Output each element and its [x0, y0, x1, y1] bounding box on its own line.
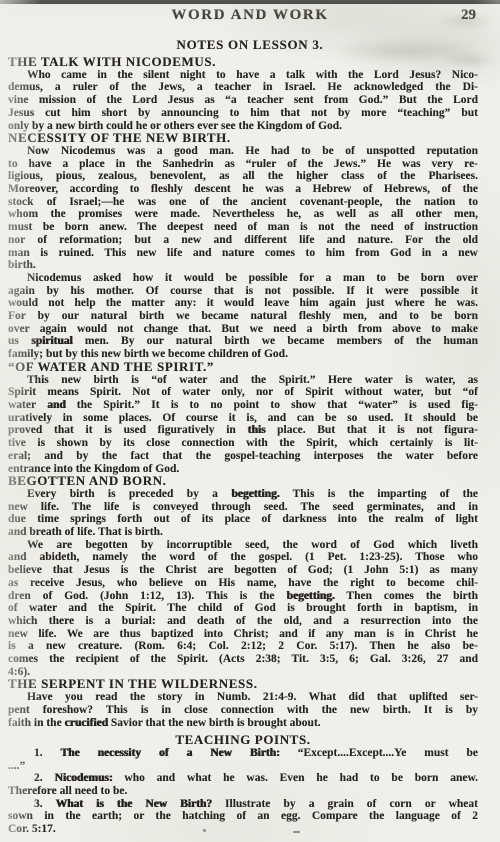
- emphasized-text: What is the New Birth?: [56, 798, 212, 810]
- paragraph: Nicodemus asked how it would be possible…: [8, 272, 478, 361]
- lesson-heading: NOTES ON LESSON 3.: [0, 37, 500, 53]
- text-line: us spiritual men. By our natural birth w…: [8, 335, 478, 348]
- text-line: would not help the matter any: it would …: [8, 297, 478, 310]
- text-line: faith in the crucified Savior that the n…: [8, 717, 478, 730]
- text-line: believe that Jesus is the Christ are beg…: [8, 564, 478, 577]
- text-line: man is ruined. This new life and nature …: [8, 247, 478, 260]
- section-heading: NECESSITY OF THE NEW BIRTH.: [8, 132, 478, 145]
- text-line: due time springs forth out of its place …: [8, 513, 478, 526]
- paragraph: We are begotten by incorruptible seed, t…: [8, 539, 478, 679]
- text-line: new life. We are thus baptized into Chri…: [8, 628, 478, 641]
- text-line: stock of Israel;—he was one of the ancie…: [8, 196, 478, 209]
- text-line: dren of God. (John 1:12, 13). This is th…: [8, 590, 478, 603]
- text-line: proved that it is used figuratively in t…: [8, 424, 478, 437]
- section-heading: THE TALK WITH NICODEMUS.: [8, 56, 478, 69]
- text-line: again by his mother. Of course that is n…: [8, 285, 478, 298]
- section-heading: BEGOTTEN AND BORN.: [8, 475, 478, 488]
- paragraph: 3. What is the New Birth? Illustrate by …: [8, 798, 478, 836]
- page-number: 29: [461, 7, 476, 24]
- emphasized-text: Nicodemus:: [54, 772, 112, 784]
- text-line: We are begotten by incorruptible seed, t…: [8, 539, 478, 552]
- text-line: uratively in some places. Of course it i…: [8, 412, 478, 425]
- text-line: of water and the Spirit. The child of Go…: [8, 602, 478, 615]
- emphasized-text: The necessity of a New Birth:: [60, 747, 279, 759]
- text-line: whom the promises were made. Nevertheles…: [8, 208, 478, 221]
- text-line: pent foreshow? This is in close connecti…: [8, 704, 478, 717]
- section-heading: THE SERPENT IN THE WILDERNESS.: [8, 678, 478, 691]
- text-line: tive is shown by its close connection wi…: [8, 437, 478, 450]
- content-blocks: THE TALK WITH NICODEMUS.Who came in the …: [8, 56, 478, 836]
- text-line: over again would not change that. But we…: [8, 323, 478, 336]
- scan-edge-bar: [0, 0, 500, 4]
- text-line: nor of reformation; but a new and differ…: [8, 234, 478, 247]
- text-line: new life. The life is conveyed through s…: [8, 501, 478, 514]
- text-line: 3. What is the New Birth? Illustrate by …: [8, 798, 478, 811]
- paragraph: This new birth is “of water and the Spir…: [8, 374, 478, 476]
- section-heading: TEACHING POINTS.: [8, 734, 478, 747]
- text-line: and breath of life. That is birth.: [8, 526, 478, 539]
- emphasized-text: this: [248, 424, 266, 436]
- paragraph: Now Nicodemus was a good man. He had to …: [8, 145, 478, 272]
- text-line: demus, a ruler of the Jews, a teacher in…: [8, 81, 478, 94]
- text-line: Have you read the story in Numb. 21:4-9.…: [8, 691, 478, 704]
- publication-title: WORD AND WORK: [0, 7, 500, 24]
- emphasized-text: begetting.: [286, 590, 334, 602]
- text-line: must be born anew. The deepest need of m…: [8, 221, 478, 234]
- text-line: ligious, pious, zealous, benevolent, as …: [8, 170, 478, 183]
- text-line: water and the Spirit.” It is to no point…: [8, 399, 478, 412]
- text-line: ....”: [8, 760, 478, 773]
- text-line: and abideth, namely the word of the gosp…: [8, 551, 478, 564]
- text-line: For by our natural birth we became natur…: [8, 310, 478, 323]
- paragraph: Who came in the silent night to have a t…: [8, 69, 478, 133]
- emphasized-text: begetting.: [231, 488, 279, 500]
- text-line: to have a place in the Sanhedrin as “rul…: [8, 158, 478, 171]
- text-line: as receive Jesus, who believe on His nam…: [8, 577, 478, 590]
- scanned-page: WORD AND WORK 29 NOTES ON LESSON 3. THE …: [0, 0, 500, 842]
- text-line: eral; and by the fact that the gospel-te…: [8, 450, 478, 463]
- paragraph: 2. Nicodemus: who and what he was. Even …: [8, 772, 478, 797]
- text-line: which there is a burial: and death of th…: [8, 615, 478, 628]
- text-line: Spirit means Spirit. Not of water only, …: [8, 386, 478, 399]
- section-heading: “OF WATER AND THE SPIRIT.”: [8, 361, 478, 374]
- text-line: sown in the earth; or the hatching of an…: [8, 810, 478, 823]
- text-line: Now Nicodemus was a good man. He had to …: [8, 145, 478, 158]
- text-line: 2. Nicodemus: who and what he was. Even …: [8, 772, 478, 785]
- text-line: birth.: [8, 259, 478, 272]
- text-line: 1. The necessity of a New Birth: “Except…: [8, 747, 478, 760]
- text-line: is a new creature. (Rom. 6:4; Col. 2:12;…: [8, 640, 478, 653]
- text-line: Therefore all need to be.: [8, 785, 478, 798]
- text-line: This new birth is “of water and the Spir…: [8, 374, 478, 387]
- text-line: Nicodemus asked how it would be possible…: [8, 272, 478, 285]
- text-line: vine mission of the Lord Jesus as “a tea…: [8, 94, 478, 107]
- emphasized-text: and: [47, 399, 66, 411]
- text-line: Jesus cut him short by announcing to him…: [8, 107, 478, 120]
- emphasized-text: crucified: [65, 717, 108, 729]
- text-line: Moreover, according to fleshly descent h…: [8, 183, 478, 196]
- text-line: comes the recipient of the Spirit. (Acts…: [8, 653, 478, 666]
- paragraph: 1. The necessity of a New Birth: “Except…: [8, 747, 478, 772]
- text-line: Every birth is preceded by a begetting. …: [8, 488, 478, 501]
- emphasized-text: spiritual: [31, 335, 73, 347]
- paragraph: Have you read the story in Numb. 21:4-9.…: [8, 691, 478, 729]
- text-line: Who came in the silent night to have a t…: [8, 69, 478, 82]
- text-line: Cor. 5:17.: [8, 823, 478, 836]
- paragraph: Every birth is preceded by a begetting. …: [8, 488, 478, 539]
